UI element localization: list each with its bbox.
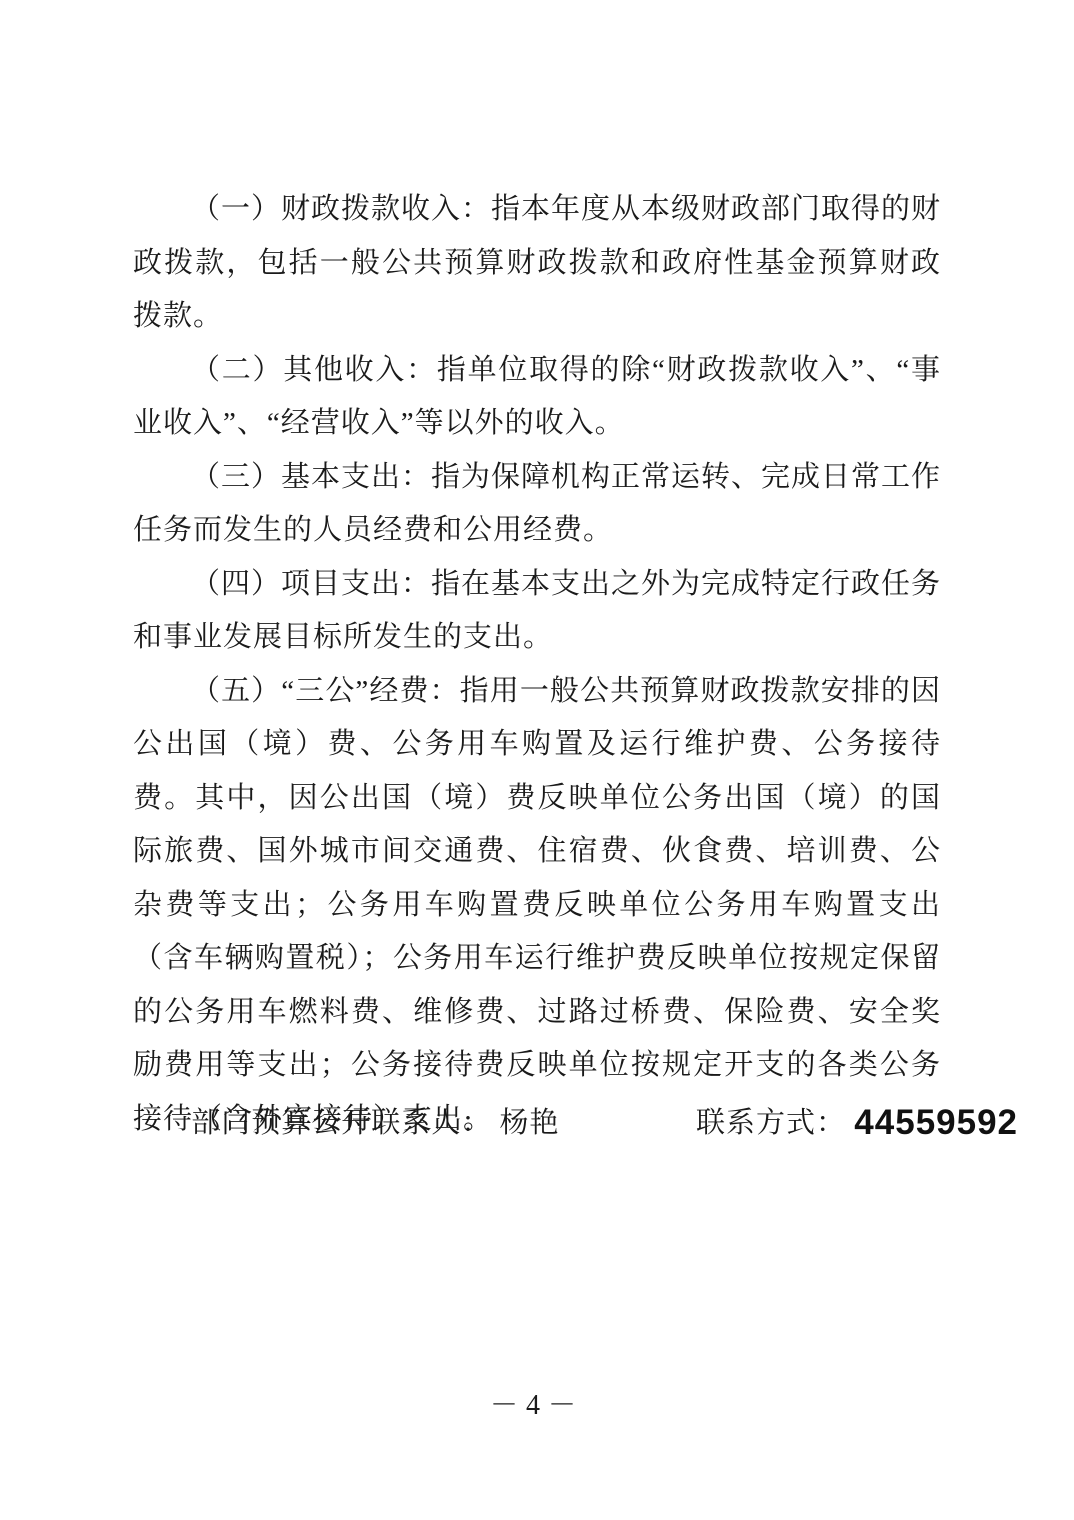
paragraph-three-public-funds: （五）“三公”经费：指用一般公共预算财政拨款安排的因公出国（境）费、公务用车购置… <box>133 665 941 1147</box>
contact-phone-number: 44559592 <box>854 1103 1018 1142</box>
contact-line: 部门预算公开联系人： 杨艳 联系方式： 44559592 <box>133 1096 941 1151</box>
paragraph-project-expenditure: （四）项目支出：指在基本支出之外为完成特定行政任务和事业发展目标所发生的支出。 <box>133 558 941 665</box>
contact-person-name: 杨艳 <box>500 1107 560 1139</box>
page-number: －4－ <box>490 1390 584 1421</box>
paragraph-basic-expenditure: （三）基本支出：指为保障机构正常运转、完成日常工作任务而发生的人员经费和公用经费… <box>133 451 941 558</box>
contact-phone-label: 联系方式： <box>696 1107 846 1139</box>
document-page: （一）财政拨款收入：指本年度从本级财政部门取得的财政拨款，包括一般公共预算财政拨… <box>0 0 1074 1520</box>
document-body: （一）财政拨款收入：指本年度从本级财政部门取得的财政拨款，包括一般公共预算财政拨… <box>133 183 941 1146</box>
page-footer: －4－ <box>0 1383 1074 1423</box>
contact-person-label: 部门预算公开联系人： <box>191 1107 491 1139</box>
paragraph-other-income: （二）其他收入：指单位取得的除“财政拨款收入”、“事业收入”、“经营收入”等以外… <box>133 344 941 451</box>
paragraph-fiscal-appropriation-income: （一）财政拨款收入：指本年度从本级财政部门取得的财政拨款，包括一般公共预算财政拨… <box>133 183 941 344</box>
